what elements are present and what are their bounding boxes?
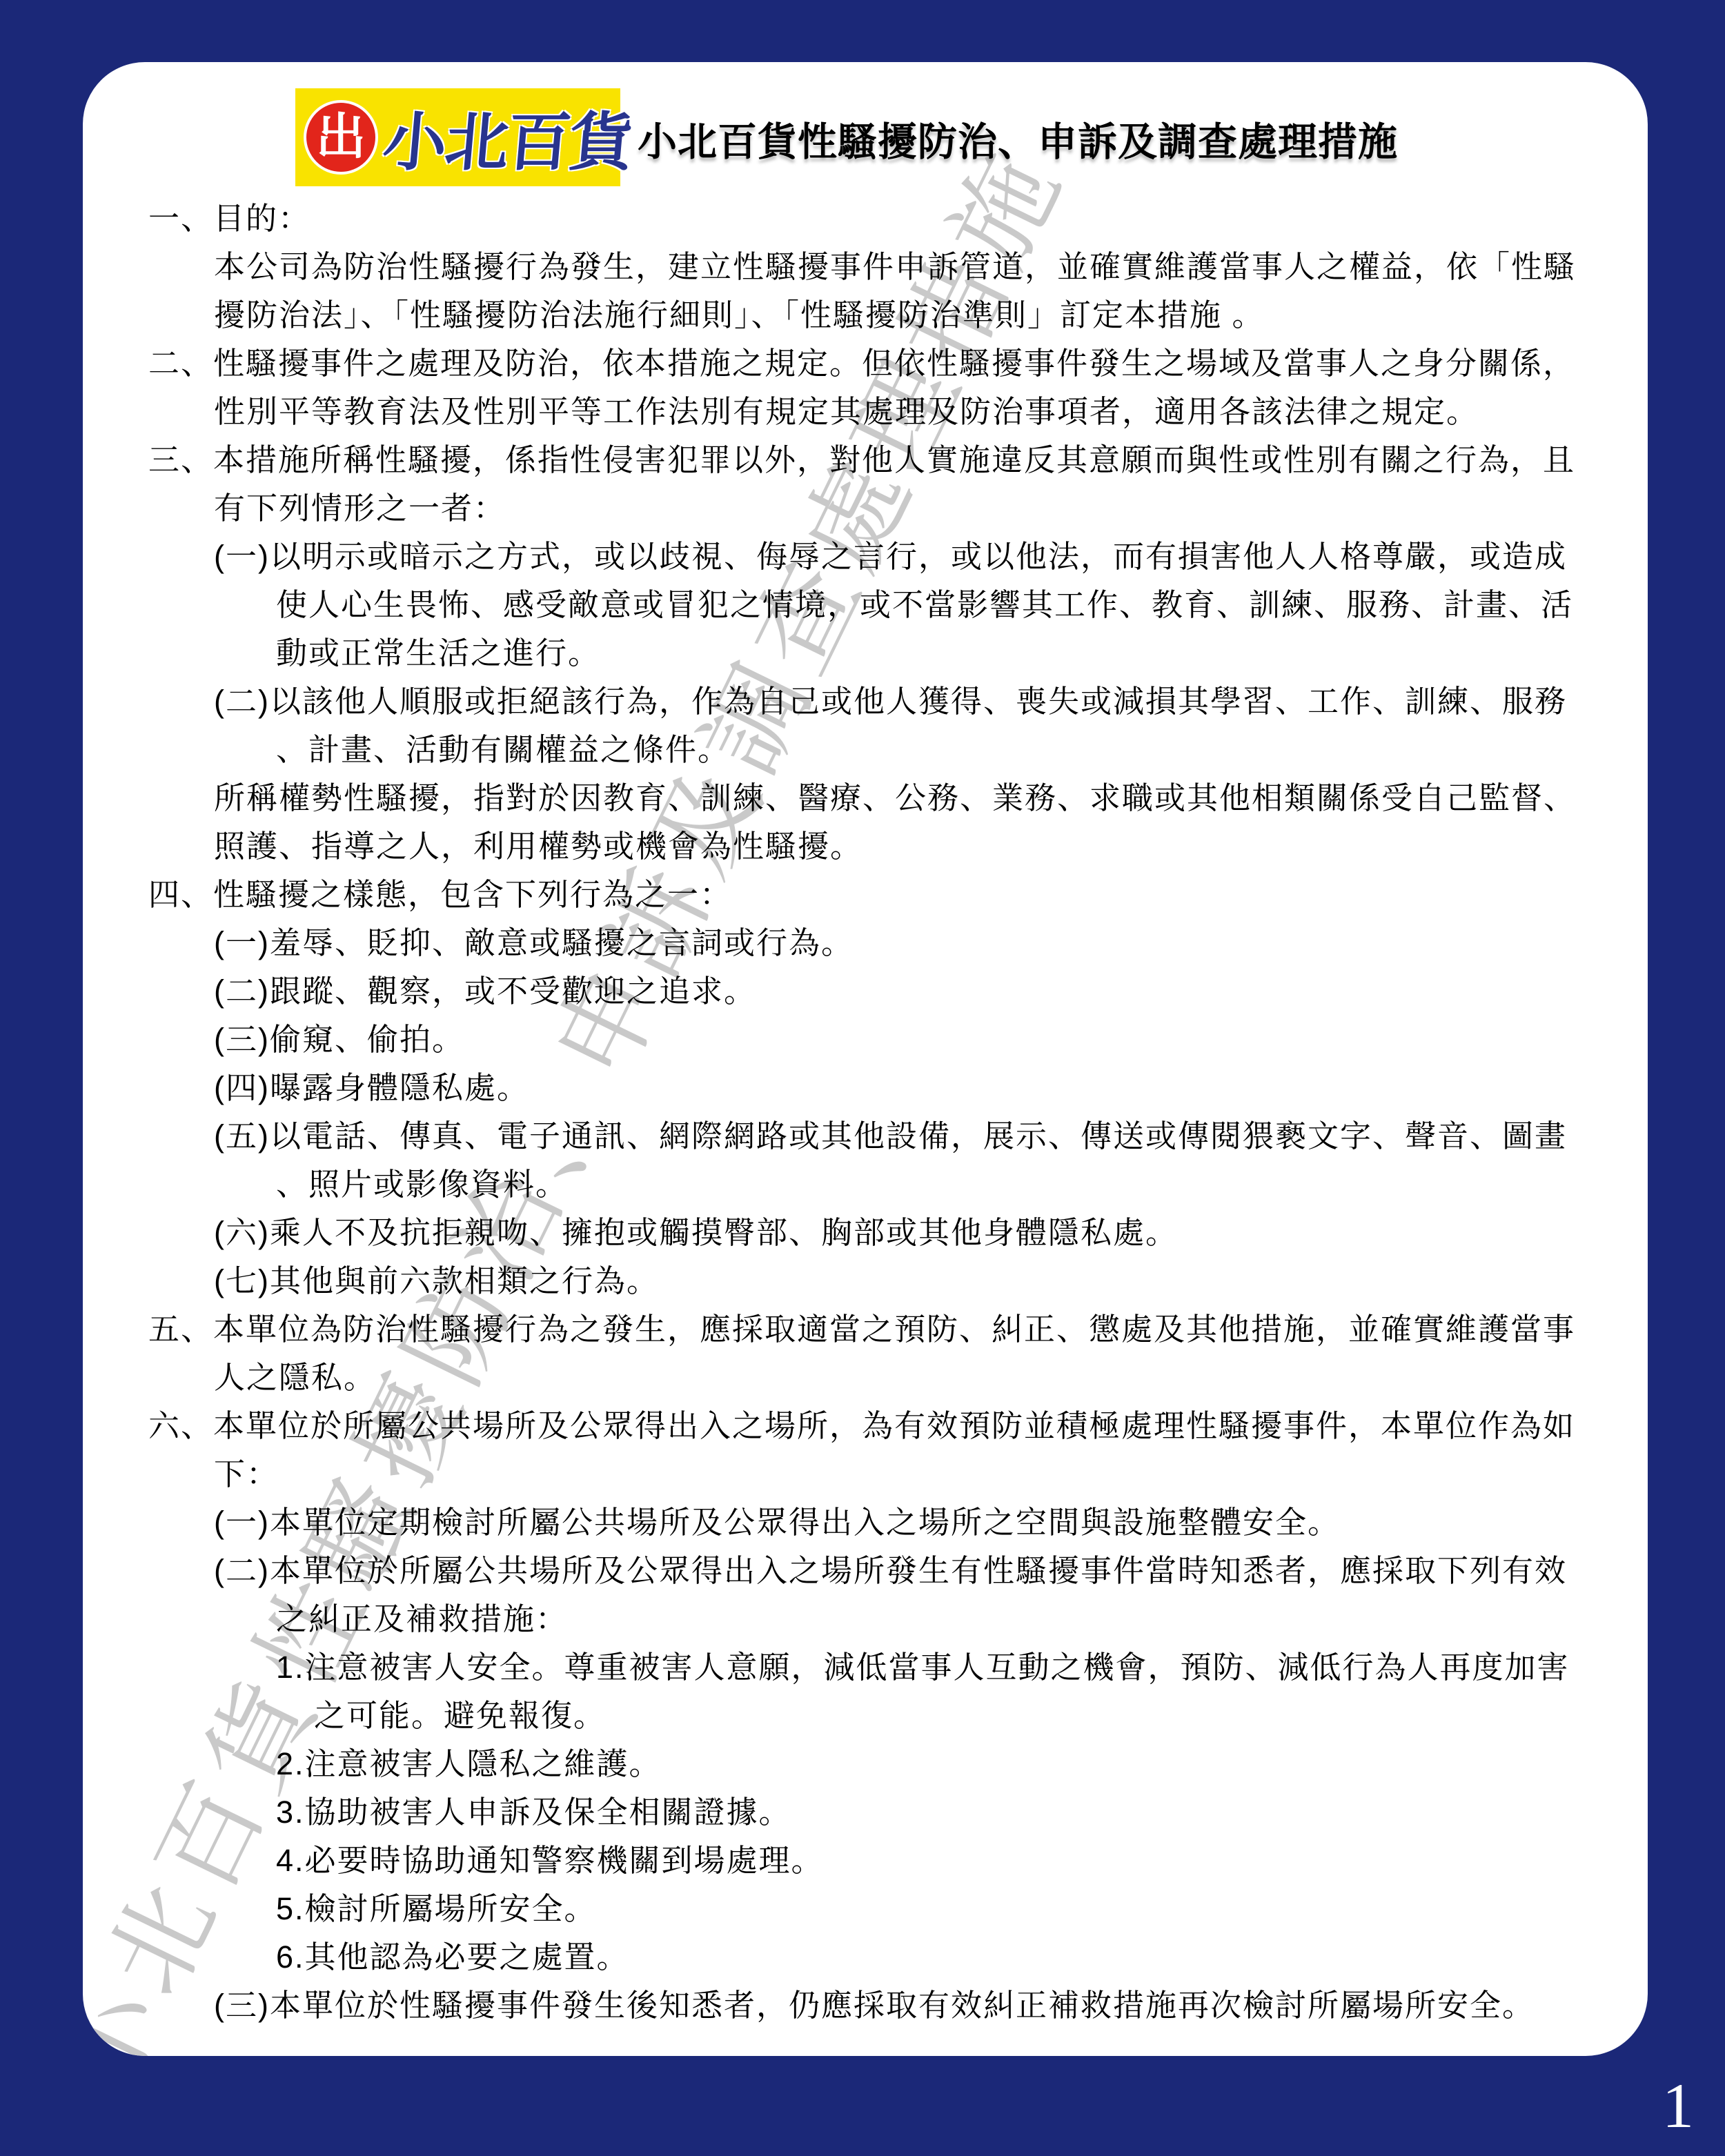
brand-badge-icon: 出	[304, 100, 378, 175]
page-title: 小北百貨性騷擾防治、申訴及調查處理措施	[638, 110, 1398, 167]
paragraph: (二)本單位於所屬公共場所及公眾得出入之場所發生有性騷擾事件當時知悉者，應採取下…	[214, 1547, 1611, 1643]
paragraph: 所稱權勢性騷擾，指對於因教育、訓練、醫療、公務、業務、求職或其他相類關係受自己監…	[148, 774, 1611, 871]
paragraph: 4.必要時協助通知警察機關到場處理。	[276, 1837, 1611, 1885]
paragraph: (一)本單位定期檢討所屬公共場所及公眾得出入之場所之空間與設施整體安全。	[214, 1499, 1611, 1547]
content-panel: 小北百貨性騷擾防治、申訴及調查處理措施 出 小北百貨 小北百貨性騷擾防治、申訴及…	[83, 62, 1648, 2056]
paragraph: (三)本單位於性騷擾事件發生後知悉者，仍應採取有效糾正補救措施再次檢討所屬場所安…	[214, 1981, 1611, 2030]
paragraph: (二)跟蹤、觀察，或不受歡迎之追求。	[214, 967, 1611, 1016]
paragraph: (一)以明示或暗示之方式，或以歧視、侮辱之言行，或以他法，而有損害他人人格尊嚴，…	[214, 533, 1611, 678]
paragraph: 本公司為防治性騷擾行為發生，建立性騷擾事件申訴管道，並確實維護當事人之權益，依「…	[148, 243, 1611, 339]
paragraph: 五、本單位為防治性騷擾行為之發生，應採取適當之預防、糾正、懲處及其他措施，並確實…	[148, 1305, 1611, 1402]
paragraph: (三)偷窺、偷拍。	[214, 1016, 1611, 1064]
paragraph: 2.注意被害人隱私之維護。	[276, 1740, 1611, 1788]
page-number: 1	[1662, 2069, 1694, 2142]
badge-glyph: 出	[316, 112, 366, 162]
brand-logo: 出 小北百貨	[295, 88, 620, 186]
paragraph: (七)其他與前六款相類之行為。	[214, 1257, 1611, 1305]
paragraph: (四)曝露身體隱私處。	[214, 1064, 1611, 1112]
paragraph: 二、性騷擾事件之處理及防治，依本措施之規定。但依性騷擾事件發生之場域及當事人之身…	[148, 339, 1611, 436]
paragraph: 四、性騷擾之樣態，包含下列行為之一：	[148, 871, 1611, 919]
paragraph: 六、本單位於所屬公共場所及公眾得出入之場所，為有效預防並積極處理性騷擾事件，本單…	[148, 1402, 1611, 1499]
paragraph: 3.協助被害人申訴及保全相關證據。	[276, 1788, 1611, 1837]
paragraph: 5.檢討所屬場所安全。	[276, 1885, 1611, 1933]
paragraph: (二)以該他人順服或拒絕該行為，作為自己或他人獲得、喪失或減損其學習、工作、訓練…	[214, 678, 1611, 774]
paragraph: (六)乘人不及抗拒親吻、擁抱或觸摸臀部、胸部或其他身體隱私處。	[214, 1209, 1611, 1257]
paragraph: (一)羞辱、貶抑、敵意或騷擾之言詞或行為。	[214, 919, 1611, 967]
paragraph: (五)以電話、傳真、電子通訊、網際網路或其他設備，展示、傳送或傳閱猥褻文字、聲音…	[214, 1112, 1611, 1209]
paragraph: 6.其他認為必要之處置。	[276, 1933, 1611, 1981]
paragraph: 1.注意被害人安全。尊重被害人意願，減低當事人互動之機會，預防、減低行為人再度加…	[276, 1643, 1611, 1740]
brand-name: 小北百貨	[379, 92, 636, 183]
page-background: { "page": { "border_color": "#1b2878", "…	[0, 0, 1725, 2156]
paragraph: 三、本措施所稱性騷擾，係指性侵害犯罪以外，對他人實施違反其意願而與性或性別有關之…	[148, 436, 1611, 533]
document-body: 一、目的：本公司為防治性騷擾行為發生，建立性騷擾事件申訴管道，並確實維護當事人之…	[148, 195, 1611, 2030]
paragraph: 一、目的：	[148, 195, 1611, 243]
